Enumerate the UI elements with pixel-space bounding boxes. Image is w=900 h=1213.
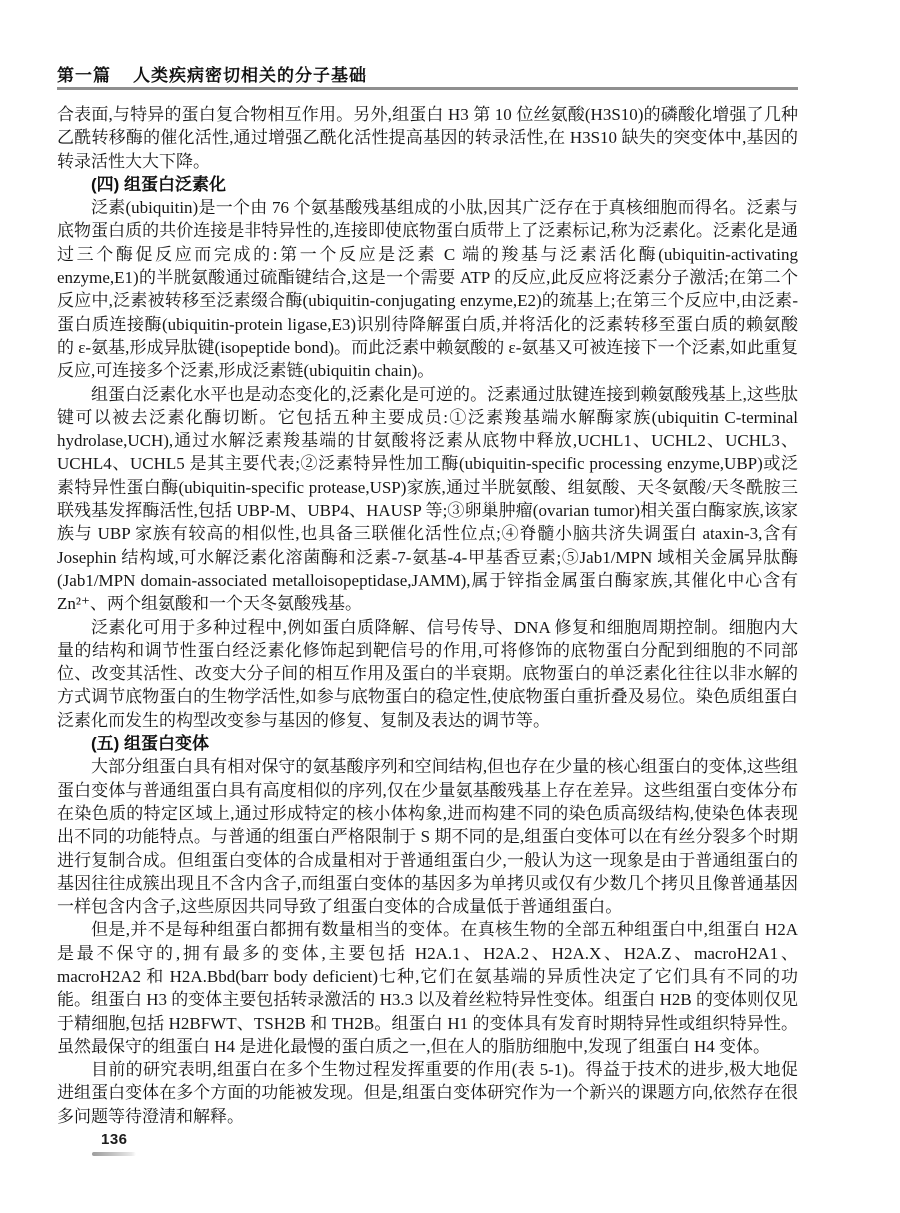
paragraph-continuation: 合表面,与特异的蛋白复合物相互作用。另外,组蛋白 H3 第 10 位丝氨酸(H3… bbox=[57, 103, 798, 173]
paragraph: 大部分组蛋白具有相对保守的氨基酸序列和空间结构,但也存在少量的核心组蛋白的变体,… bbox=[57, 755, 798, 918]
paragraph: 泛素(ubiquitin)是一个由 76 个氨基酸残基组成的小肽,因其广泛存在于… bbox=[57, 196, 798, 382]
book-page: 第一篇人类疾病密切相关的分子基础 合表面,与特异的蛋白复合物相互作用。另外,组蛋… bbox=[0, 0, 900, 1213]
part-label: 第一篇 bbox=[57, 66, 111, 85]
section-heading-5: (五) 组蛋白变体 bbox=[57, 732, 798, 755]
body-text: 合表面,与特异的蛋白复合物相互作用。另外,组蛋白 H3 第 10 位丝氨酸(H3… bbox=[57, 103, 798, 1128]
header-rule bbox=[57, 87, 798, 90]
section-heading-4: (四) 组蛋白泛素化 bbox=[57, 173, 798, 196]
running-header: 第一篇人类疾病密切相关的分子基础 bbox=[57, 61, 798, 86]
paragraph: 目前的研究表明,组蛋白在多个生物过程发挥重要的作用(表 5-1)。得益于技术的进… bbox=[57, 1058, 798, 1128]
paragraph: 泛素化可用于多种过程中,例如蛋白质降解、信号传导、DNA 修复和细胞周期控制。细… bbox=[57, 616, 798, 732]
paragraph: 但是,并不是每种组蛋白都拥有数量相当的变体。在真核生物的全部五种组蛋白中,组蛋白… bbox=[57, 918, 798, 1058]
paragraph: 组蛋白泛素化水平也是动态变化的,泛素化是可逆的。泛素通过肽键连接到赖氨酸残基上,… bbox=[57, 383, 798, 616]
part-title: 人类疾病密切相关的分子基础 bbox=[133, 66, 367, 85]
page-number-underline-decoration bbox=[92, 1152, 136, 1156]
page-number: 136 bbox=[101, 1131, 128, 1148]
